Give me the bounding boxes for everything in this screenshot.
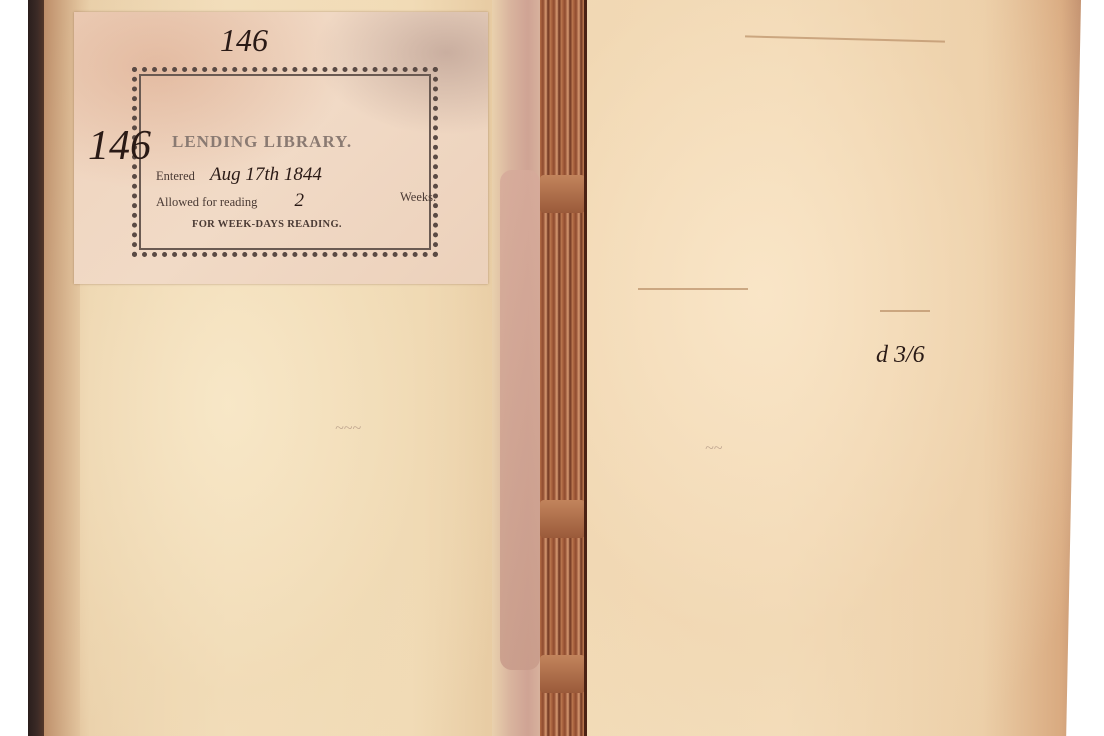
entered-label: Entered <box>156 169 195 183</box>
lending-library-label: 146 146 LENDING LIBRARY. Entered Aug 17t… <box>74 12 488 284</box>
label-number-left: 146 <box>88 122 151 170</box>
spine-band <box>540 175 585 213</box>
pencil-mark-left: ~~~ <box>335 420 361 438</box>
allowed-row: Allowed for reading 2 Weeks. <box>156 190 486 212</box>
allowed-value: 2 <box>294 190 304 211</box>
page-crease <box>638 288 748 290</box>
spine-edge-line <box>584 0 587 736</box>
right-page <box>587 0 1081 736</box>
label-footer: FOR WEEK-DAYS READING. <box>192 219 342 230</box>
entered-date: Aug 17th 1844 <box>210 164 322 185</box>
label-number-top: 146 <box>220 22 268 59</box>
weeks-label: Weeks. <box>400 190 436 205</box>
spine <box>540 0 585 736</box>
spine-band <box>540 500 585 538</box>
entered-row: Entered Aug 17th 1844 <box>156 164 322 186</box>
handwritten-price-mark: d 3/6 <box>876 342 925 369</box>
label-title: LENDING LIBRARY. <box>172 132 352 152</box>
page-crease <box>880 310 930 312</box>
allowed-label: Allowed for reading <box>156 195 257 209</box>
spine-band <box>540 655 585 693</box>
pencil-mark-right: ~~ <box>705 440 722 458</box>
hinge-patch <box>500 170 540 670</box>
